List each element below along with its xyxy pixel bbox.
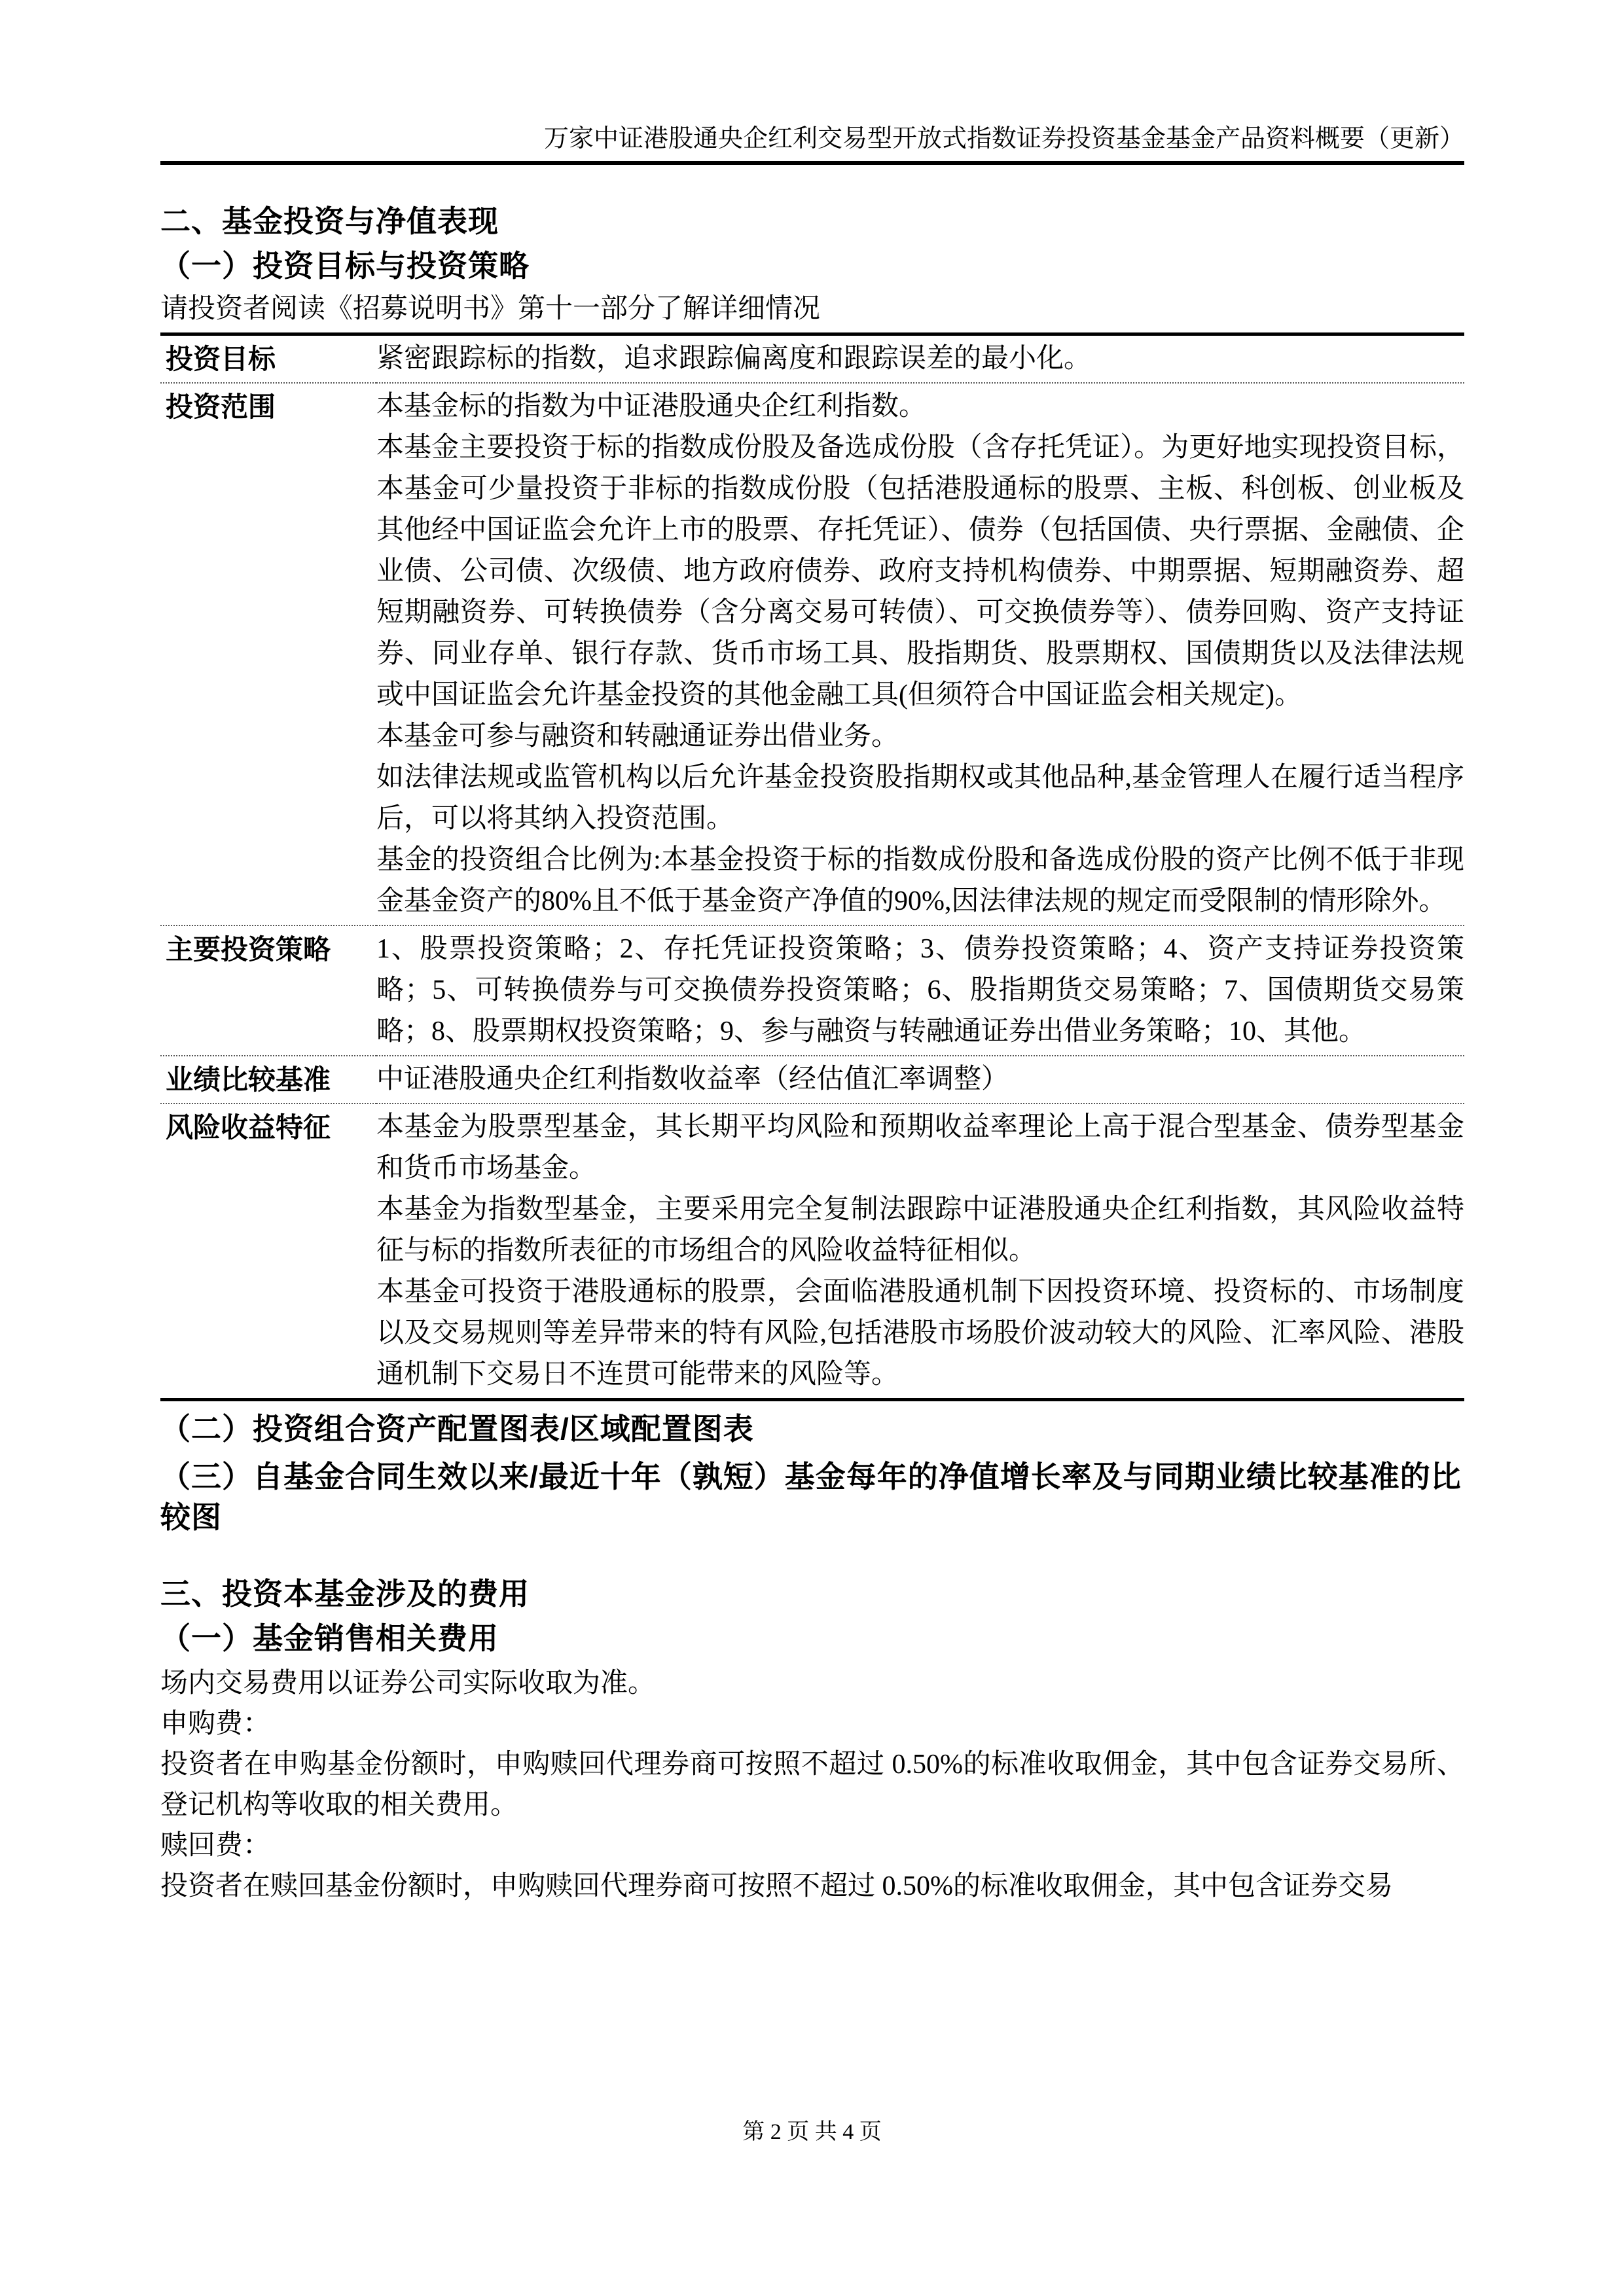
- section-2-1-heading: （一）投资目标与投资策略: [160, 247, 1464, 284]
- paragraph: 本基金可参与融资和转融通证券出借业务。: [376, 716, 1464, 757]
- table-row-main-strategies: 主要投资策略 1、股票投资策略；2、存托凭证投资策略；3、债券投资策略；4、资产…: [160, 925, 1464, 1056]
- paragraph: 如法律法规或监管机构以后允许基金投资股指期权或其他品种,基金管理人在履行适当程序…: [376, 757, 1464, 840]
- page-footer: 第 2 页 共 4 页: [0, 2119, 1624, 2145]
- table-row-benchmark: 业绩比较基准 中证港股通央企红利指数收益率（经估值汇率调整）: [160, 1056, 1464, 1103]
- document-page: 万家中证港股通央企红利交易型开放式指数证券投资基金基金产品资料概要（更新） 二、…: [0, 0, 1624, 2296]
- section-2-2-heading: （二）投资组合资产配置图表/区域配置图表: [160, 1410, 1464, 1447]
- redemption-fee-text: 投资者在赎回基金份额时，申购赎回代理券商可按照不超过 0.50%的标准收取佣金，…: [160, 1866, 1464, 1907]
- prospectus-note: 请投资者阅读《招募说明书》第十一部分了解详细情况: [160, 291, 1464, 327]
- header-title: 万家中证港股通央企红利交易型开放式指数证券投资基金基金产品资料概要（更新）: [160, 124, 1464, 153]
- section-2-3-heading: （三）自基金合同生效以来/最近十年（孰短）基金每年的净值增长率及与同期业绩比较基…: [160, 1456, 1464, 1537]
- paragraph: 本基金标的指数为中证港股通央企红利指数。: [376, 386, 1464, 427]
- paragraph: 本基金主要投资于标的指数成份股及备选成份股（含存托凭证）。为更好地实现投资目标，…: [376, 427, 1464, 716]
- paragraph: 本基金为股票型基金，其长期平均风险和预期收益率理论上高于混合型基金、债券型基金和…: [376, 1107, 1464, 1189]
- subscription-fee-label: 申购费：: [160, 1704, 1464, 1744]
- page-header: 万家中证港股通央企红利交易型开放式指数证券投资基金基金产品资料概要（更新）: [160, 0, 1464, 165]
- paragraph: 本基金可投资于港股通标的股票，会面临港股通机制下因投资环境、投资标的、市场制度以…: [376, 1272, 1464, 1395]
- row-value-investment-objective: 紧密跟踪标的指数，追求跟踪偏离度和跟踪误差的最小化。: [376, 334, 1464, 384]
- row-value-main-strategies: 1、股票投资策略；2、存托凭证投资策略；3、债券投资策略；4、资产支持证券投资策…: [376, 925, 1464, 1056]
- row-value-benchmark: 中证港股通央企红利指数收益率（经估值汇率调整）: [376, 1056, 1464, 1103]
- row-label-investment-objective: 投资目标: [160, 334, 376, 384]
- table-row-risk-return-profile: 风险收益特征 本基金为股票型基金，其长期平均风险和预期收益率理论上高于混合型基金…: [160, 1103, 1464, 1400]
- row-value-investment-scope: 本基金标的指数为中证港股通央企红利指数。 本基金主要投资于标的指数成份股及备选成…: [376, 383, 1464, 925]
- paragraph: 基金的投资组合比例为:本基金投资于标的指数成份股和备选成份股的资产比例不低于非现…: [376, 840, 1464, 922]
- paragraph: 中证港股通央企红利指数收益率（经估值汇率调整）: [376, 1059, 1464, 1100]
- fee-note: 场内交易费用以证券公司实际收取为准。: [160, 1663, 1464, 1704]
- section-2-heading: 二、基金投资与净值表现: [160, 204, 1464, 238]
- redemption-fee-label: 赎回费：: [160, 1825, 1464, 1866]
- table-row-investment-scope: 投资范围 本基金标的指数为中证港股通央企红利指数。 本基金主要投资于标的指数成份…: [160, 383, 1464, 925]
- section-3-1-heading: （一）基金销售相关费用: [160, 1620, 1464, 1657]
- investment-info-table: 投资目标 紧密跟踪标的指数，追求跟踪偏离度和跟踪误差的最小化。 投资范围 本基金…: [160, 332, 1464, 1401]
- row-label-risk-return-profile: 风险收益特征: [160, 1103, 376, 1400]
- paragraph: 1、股票投资策略；2、存托凭证投资策略；3、债券投资策略；4、资产支持证券投资策…: [376, 929, 1464, 1052]
- row-label-main-strategies: 主要投资策略: [160, 925, 376, 1056]
- paragraph: 本基金为指数型基金，主要采用完全复制法跟踪中证港股通央企红利指数，其风险收益特征…: [376, 1189, 1464, 1272]
- row-label-benchmark: 业绩比较基准: [160, 1056, 376, 1103]
- table-row-investment-objective: 投资目标 紧密跟踪标的指数，追求跟踪偏离度和跟踪误差的最小化。: [160, 334, 1464, 384]
- row-value-risk-return-profile: 本基金为股票型基金，其长期平均风险和预期收益率理论上高于混合型基金、债券型基金和…: [376, 1103, 1464, 1400]
- row-label-investment-scope: 投资范围: [160, 383, 376, 925]
- page-content: 二、基金投资与净值表现 （一）投资目标与投资策略 请投资者阅读《招募说明书》第十…: [160, 204, 1464, 1907]
- fee-paragraphs: 场内交易费用以证券公司实际收取为准。 申购费： 投资者在申购基金份额时，申购赎回…: [160, 1663, 1464, 1907]
- paragraph: 紧密跟踪标的指数，追求跟踪偏离度和跟踪误差的最小化。: [376, 338, 1464, 380]
- section-3-heading: 三、投资本基金涉及的费用: [160, 1577, 1464, 1611]
- subscription-fee-text: 投资者在申购基金份额时，申购赎回代理券商可按照不超过 0.50%的标准收取佣金，…: [160, 1744, 1464, 1825]
